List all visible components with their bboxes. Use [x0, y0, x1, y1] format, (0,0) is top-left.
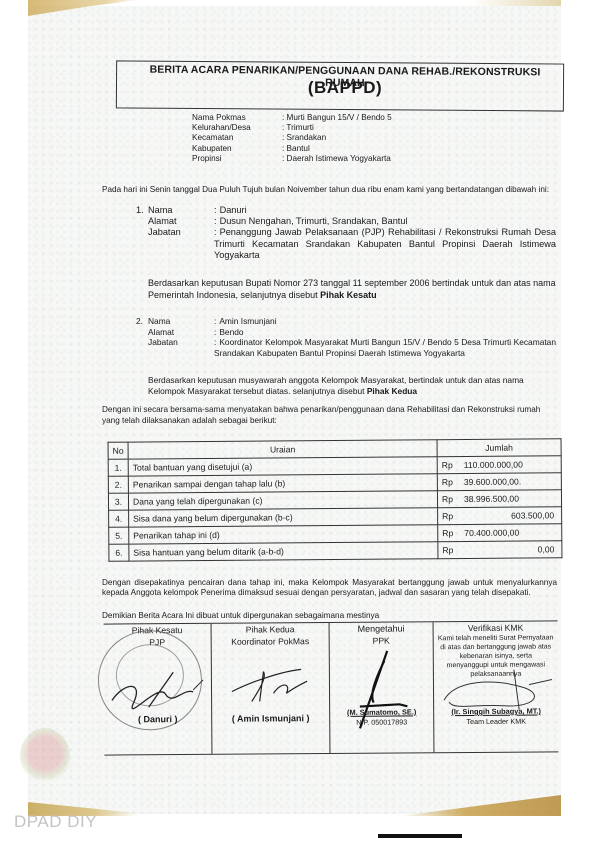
signatory-name: (M. Sumatomo, SE.) — [330, 707, 433, 717]
signatory-role: Team Leader KMK — [434, 716, 558, 726]
signature-title: Pihak Kedua — [212, 624, 329, 636]
party-value: Penanggung Jawab Pelaksanaan (PJP) Rehab… — [214, 227, 556, 259]
party-label: Nama — [148, 205, 214, 216]
party-row: 1. Nama :Danuri — [136, 205, 556, 216]
amount-value: 110.000.000,00 — [464, 460, 523, 470]
signature-party-two: Pihak Kedua Koordinator PokMas ( Amin Is… — [212, 623, 331, 754]
signature-party-one: Pihak Kesatu PJP ( Danuri ) — [104, 624, 213, 755]
party-value: Koordinator Kelompok Masyarakat Murti Ba… — [214, 337, 556, 358]
info-label: Kecamatan — [192, 133, 282, 143]
signature-verification: Verifikasi KMK Kami telah meneliti Surat… — [434, 621, 559, 752]
row-amount: Rp110.000.000,00 — [437, 456, 561, 474]
info-row: Kabupaten: Bantul — [192, 144, 392, 154]
party-row: Jabatan :Koordinator Kelompok Masyarakat… — [136, 337, 556, 358]
signature-acknowledger: Mengetahui PPK (M. Sumatomo, SE.) NIP. 0… — [330, 622, 435, 753]
party-two: 2. Nama :Amin Ismunjani Alamat :Bendo Ja… — [136, 316, 556, 358]
row-description: Sisa hantuan yang belum ditarik (a-b-d) — [129, 542, 438, 561]
party-two-role: Pihak Kedua — [367, 386, 417, 396]
party-one: 1. Nama :Danuri Alamat :Dusun Nengahan, … — [136, 205, 556, 261]
row-number: 2. — [108, 476, 128, 493]
paper-edge-shadow — [470, 0, 561, 6]
info-label: Kelurahan/Desa — [192, 123, 282, 133]
signature-title: Mengetahui — [330, 623, 433, 635]
archive-watermark: DPAD DIY — [14, 812, 97, 832]
statement-paragraph: Dengan ini secara bersama-sama menyataka… — [102, 405, 558, 426]
intro-paragraph: Pada hari ini Senin tanggal Dua Puluh Tu… — [102, 185, 557, 196]
header-amount: Jumlah — [437, 439, 561, 457]
party-label: Alamat — [148, 216, 214, 227]
currency-label: Rp — [442, 511, 464, 521]
header-no: No — [108, 442, 128, 459]
after-table-paragraph: Dengan disepakatinya pencairan dana taha… — [102, 578, 557, 599]
row-amount: Rp39.600.000,00. — [437, 473, 561, 491]
currency-label: Rp — [442, 460, 464, 470]
info-row: Kelurahan/Desa: Trimurti — [192, 123, 392, 133]
signature-block: Pihak Kesatu PJP ( Danuri ) Pihak Kedua … — [104, 620, 559, 755]
amount-value: 39.600.000,00. — [464, 477, 521, 487]
info-value: : Trimurti — [282, 123, 314, 133]
amount-value: 0,00 — [464, 544, 554, 555]
party-two-basis: Berdasarkan keputusan musyawarah anggota… — [148, 375, 558, 397]
signatory-name: ( Danuri ) — [104, 714, 211, 725]
table-row: 6.Sisa hantuan yang belum ditarik (a-b-d… — [109, 541, 562, 562]
info-label: Kabupaten — [192, 144, 282, 154]
currency-label: Rp — [442, 477, 464, 487]
funds-table: No Uraian Jumlah 1.Total bantuan yang di… — [108, 438, 563, 562]
info-row: Propinsi: Daerah Istimewa Yogyakarta — [192, 154, 392, 164]
info-label: Nama Pokmas — [192, 113, 282, 123]
currency-label: Rp — [442, 494, 464, 504]
row-number: 5. — [109, 527, 129, 544]
party-value: Amin Ismunjani — [219, 316, 276, 326]
row-amount: Rp603.500,00 — [438, 507, 562, 525]
info-row: Nama Pokmas: Murti Bangun 15/V / Bendo 5 — [192, 113, 392, 123]
emblem-watermark-icon — [20, 728, 70, 784]
party-label: Jabatan — [148, 337, 214, 358]
info-value: : Srandakan — [282, 133, 326, 143]
party-row: Jabatan :Penanggung Jawab Pelaksanaan (P… — [136, 227, 556, 261]
row-amount: Rp38.996.500,00 — [437, 490, 561, 508]
row-number: 1. — [108, 459, 128, 476]
party-value: Bendo — [219, 327, 243, 337]
closing-sentence: Demikian Berita Acara Ini dibuat untuk d… — [102, 611, 402, 622]
info-value: : Daerah Istimewa Yogyakarta — [282, 154, 391, 164]
page-bar — [378, 834, 462, 838]
info-row: Kecamatan: Srandakan — [192, 133, 392, 143]
party-value: Danuri — [220, 205, 247, 215]
signatory-id: NIP. 050017893 — [330, 717, 433, 727]
amount-value: 38.996.500,00 — [464, 494, 519, 504]
party-number: 1. — [136, 205, 148, 216]
party-value: Dusun Nengahan, Trimurti, Srandakan, Ban… — [220, 216, 408, 226]
signatory-name: ( Amin Ismunjani ) — [212, 713, 329, 724]
info-value: : Murti Bangun 15/V / Bendo 5 — [282, 113, 392, 123]
party-one-role: Pihak Kesatu — [320, 290, 377, 300]
pokmas-info: Nama Pokmas: Murti Bangun 15/V / Bendo 5… — [192, 113, 392, 164]
party-label: Alamat — [148, 327, 214, 338]
row-number: 3. — [108, 493, 128, 510]
amount-value: 70.400.000,00 — [464, 528, 519, 538]
signature-title: Verifikasi KMK — [434, 622, 558, 634]
party-row: Alamat :Bendo — [136, 327, 556, 338]
currency-label: Rp — [442, 528, 464, 538]
party-one-basis: Berdasarkan keputusan Bupati Nomor 273 t… — [148, 278, 558, 301]
row-amount: Rp70.400.000,00 — [438, 524, 562, 542]
party-label: Nama — [148, 316, 214, 327]
row-number: 6. — [109, 544, 129, 561]
info-label: Propinsi — [192, 154, 282, 164]
row-amount: Rp0,00 — [438, 541, 562, 559]
party-label: Jabatan — [148, 227, 214, 261]
party-number: 2. — [136, 316, 148, 327]
row-number: 4. — [109, 510, 129, 527]
party-row: 2. Nama :Amin Ismunjani — [136, 316, 556, 327]
info-value: : Bantul — [282, 144, 310, 154]
signatory-name: (Ir. Singgih Subagya, MT.) — [434, 706, 558, 716]
party-row: Alamat :Dusun Nengahan, Trimurti, Sranda… — [136, 216, 556, 227]
document-acronym: (BAPPD) — [130, 78, 560, 98]
amount-value: 603.500,00 — [464, 510, 554, 521]
currency-label: Rp — [442, 545, 464, 555]
